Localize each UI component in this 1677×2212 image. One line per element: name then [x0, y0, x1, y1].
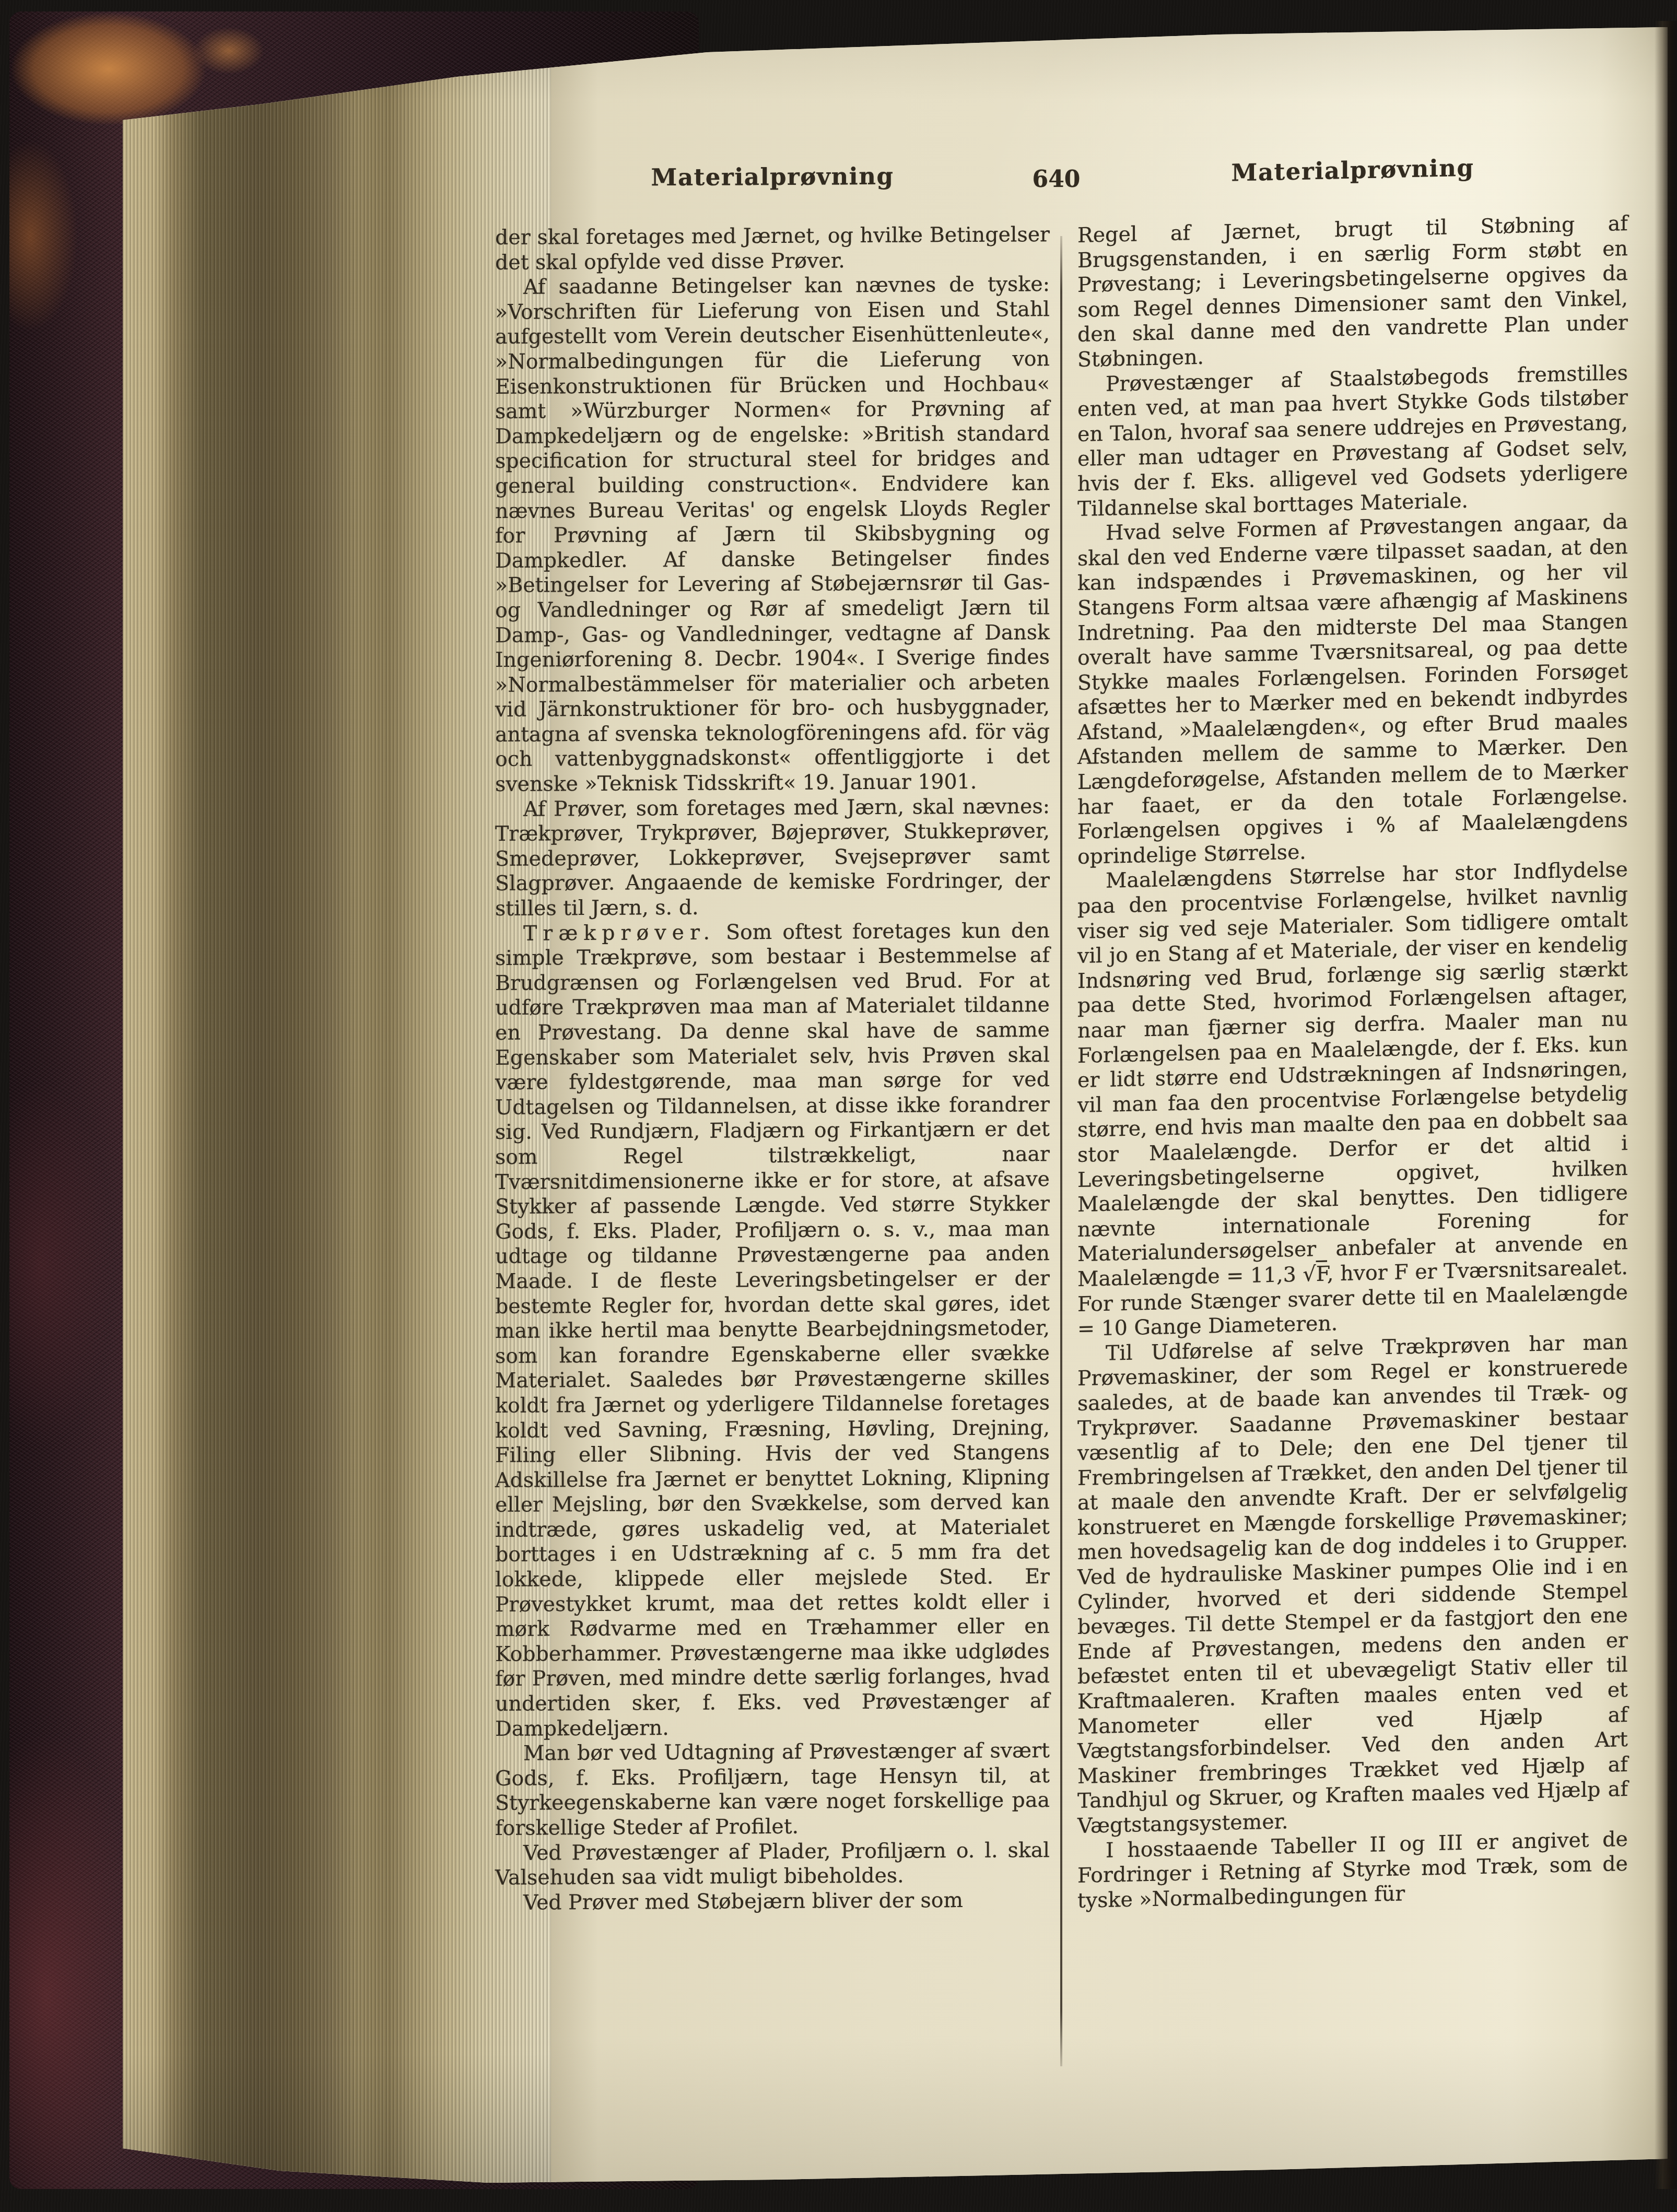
paragraph: Ved Prøver med Støbejærn bliver der som [495, 1888, 1050, 1916]
page-edges-stack [123, 27, 556, 2183]
paragraph-text: Som oftest foretages kun den simple Træk… [495, 919, 1050, 1741]
left-running-header: Materialprøvning [495, 162, 1050, 192]
right-column: Materialprøvning Regel af Jærnet, brugt … [1077, 151, 1628, 1913]
paragraph: Til Udførelse af selve Trækprøven har ma… [1077, 1330, 1628, 1839]
paragraph: Hvad selve Formen af Prøvestangen angaar… [1077, 510, 1628, 869]
paragraph: Prøvestænger af Staalstøbegods fremstill… [1077, 361, 1628, 522]
paragraph: Af Prøver, som foretages med Jærn, skal … [495, 794, 1050, 922]
paragraph: Man bør ved Udtagning af Prøvestænger af… [495, 1738, 1050, 1841]
paragraph: der skal foretages med Jærnet, og hvilke… [495, 222, 1050, 275]
paragraph-text: Maalelængdens Størrelse har stor Indflyd… [1077, 857, 1628, 1291]
left-column: Materialprøvning der skal foretages med … [495, 162, 1050, 1915]
paragraph-lead: Trækprøver. [523, 920, 716, 945]
paragraph: Ved Prøvestænger af Plader, Profiljærn o… [495, 1838, 1050, 1891]
paragraph: Af saadanne Betingelser kan nævnes de ty… [495, 272, 1050, 797]
paragraph: Regel af Jærnet, brugt til Støbning af B… [1077, 211, 1628, 373]
sqrt-argument: F [1316, 1262, 1327, 1286]
column-divider-rule [1060, 236, 1062, 2066]
sqrt-sign: √ [1303, 1262, 1316, 1287]
paragraph: I hosstaaende Tabeller II og III er angi… [1077, 1827, 1628, 1914]
paragraph: Maalelængdens Størrelse har stor Indflyd… [1077, 857, 1628, 1342]
paragraph: Trækprøver. Som oftest foretages kun den… [495, 919, 1050, 1742]
gutter-shadow [1655, 21, 1677, 2189]
